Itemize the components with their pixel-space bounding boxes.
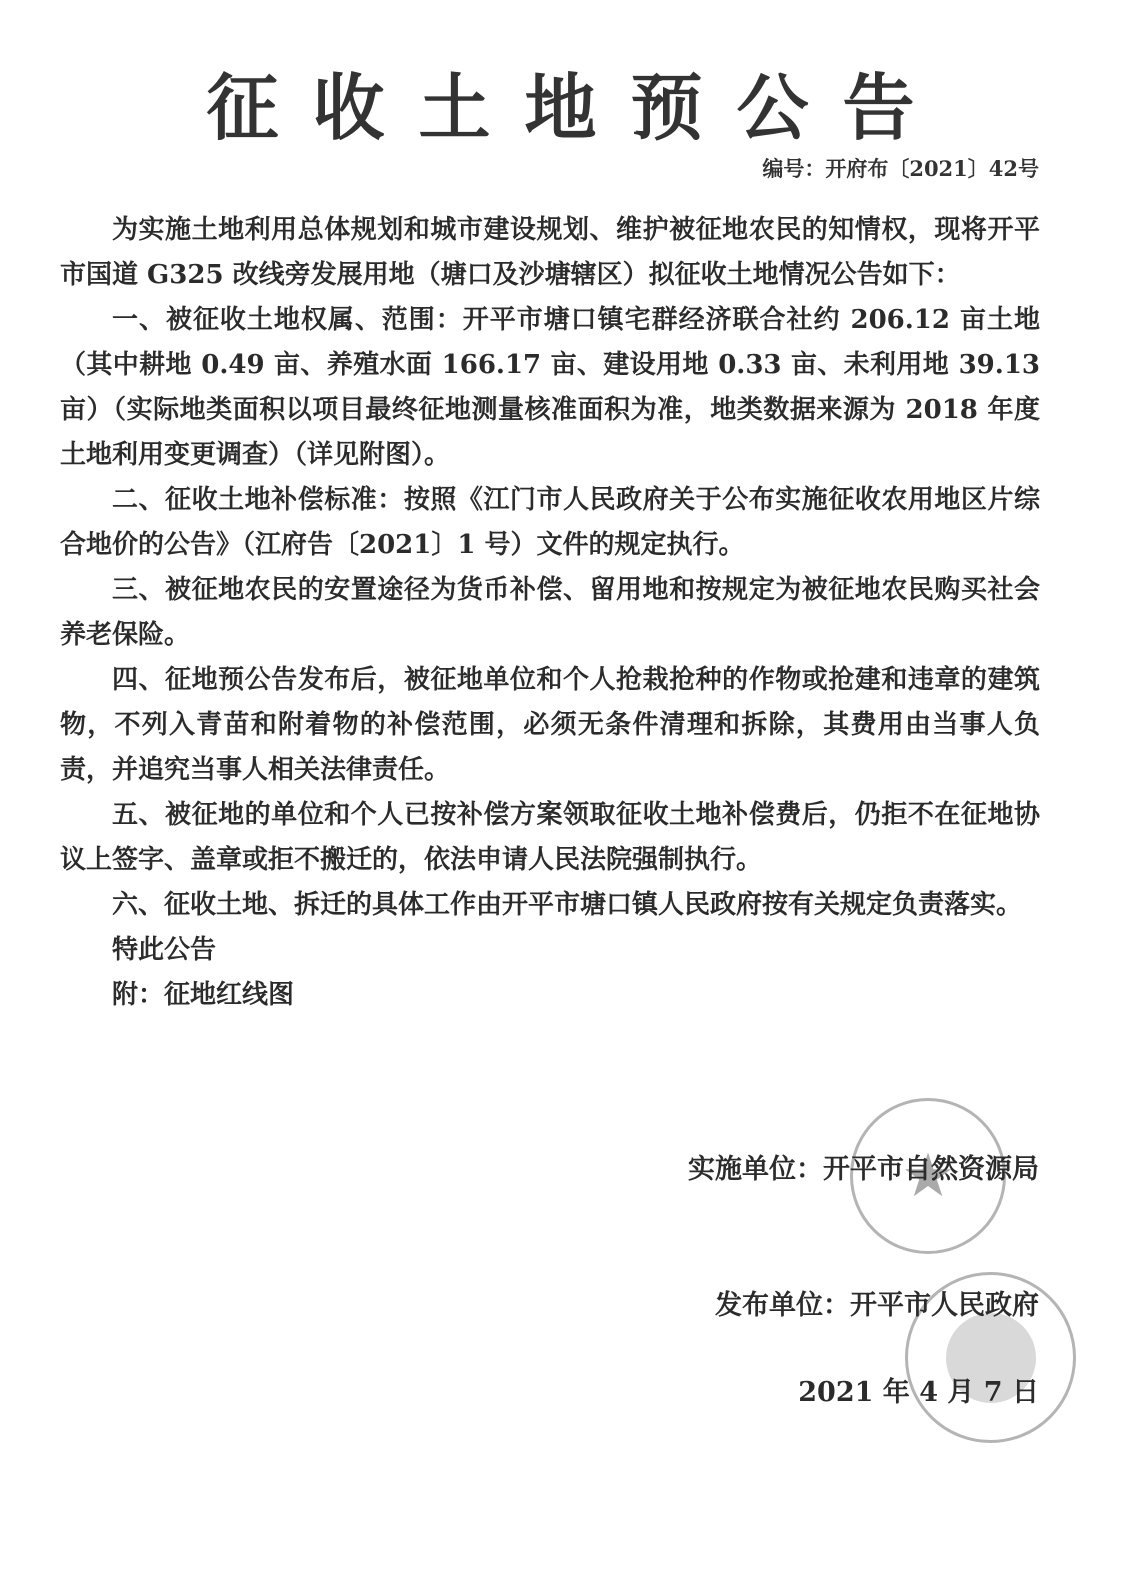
issuing-unit: 发布单位：开平市人民政府 <box>715 1288 1039 1324</box>
intro-paragraph: 为实施土地利用总体规划和城市建设规划、维护被征地农民的知情权，现将开平市国道 G… <box>60 208 1040 298</box>
clause-1: 一、被征收土地权属、范围：开平市塘口镇宅群经济联合社约 206.12 亩土地（其… <box>60 298 1040 478</box>
document-body: 为实施土地利用总体规划和城市建设规划、维护被征地农民的知情权，现将开平市国道 G… <box>60 208 1040 1018</box>
clause-2: 二、征收土地补偿标准：按照《江门市人民政府关于公布实施征收农用地区片综合地价的公… <box>60 478 1040 568</box>
clause-3: 三、被征地农民的安置途径为货币补偿、留用地和按规定为被征地农民购买社会养老保险。 <box>60 568 1040 658</box>
closing-text: 特此公告 <box>60 928 1040 973</box>
issue-date: 2021 年 4 月 7 日 <box>798 1375 1039 1411</box>
document-title: 征收土地预公告 <box>0 68 1121 148</box>
clause-4: 四、征地预公告发布后，被征地单位和个人抢栽抢种的作物或抢建和违章的建筑物，不列入… <box>60 658 1040 793</box>
clause-6: 六、征收土地、拆迁的具体工作由开平市塘口镇人民政府按有关规定负责落实。 <box>60 883 1040 928</box>
implementing-unit: 实施单位：开平市自然资源局 <box>688 1152 1039 1188</box>
clause-5: 五、被征地的单位和个人已按补偿方案领取征收土地补偿费后，仍拒不在征地协议上签字、… <box>60 793 1040 883</box>
document-number: 编号：开府布〔2021〕42号 <box>762 154 1039 184</box>
attachment-text: 附：征地红线图 <box>60 973 1040 1018</box>
